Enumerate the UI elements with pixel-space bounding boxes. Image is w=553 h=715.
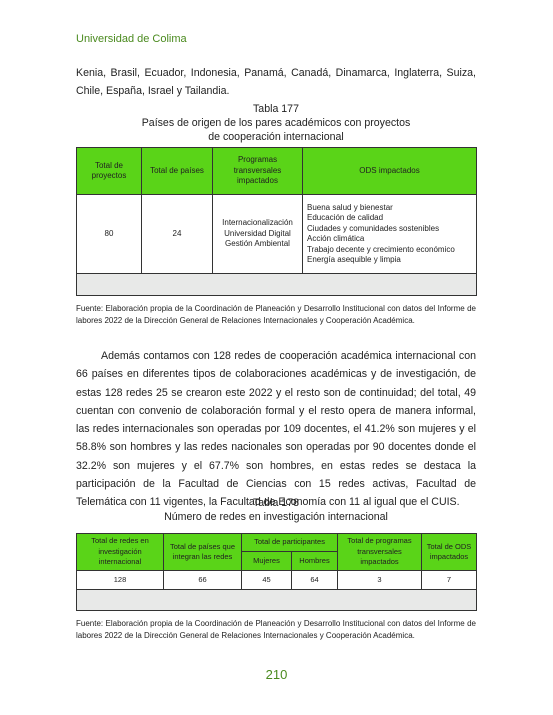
cell-ods: Buena salud y bienestar Educación de cal… [303, 195, 477, 274]
cell-redes: 128 [77, 571, 164, 590]
ods-item: Ciudades y comunidades sostenibles [307, 224, 474, 235]
table-177-title-line1: Países de origen de los pares académicos… [76, 116, 476, 130]
table-178-title: Número de redes en investigación interna… [76, 510, 476, 524]
intro-paragraph: Kenia, Brasil, Ecuador, Indonesia, Panam… [76, 64, 476, 101]
header-hombres: Hombres [292, 552, 338, 571]
table-178: Total de redes en investigación internac… [76, 533, 477, 611]
table-row: 128 66 45 64 3 7 [77, 571, 477, 590]
header-programas: Programas transversales impactados [213, 148, 303, 195]
cell-ods: 7 [422, 571, 477, 590]
header-total-redes: Total de redes en investigación internac… [77, 534, 164, 571]
header-ods: Total de ODS impactados [422, 534, 477, 571]
ods-item: Energía asequible y limpia [307, 255, 474, 266]
header-ods: ODS impactados [303, 148, 477, 195]
programa-item: Internacionalización [215, 218, 300, 229]
cell-hombres: 64 [292, 571, 338, 590]
cell-programas: 3 [338, 571, 422, 590]
running-header: Universidad de Colima [76, 33, 187, 45]
header-programas: Total de programas transversales impacta… [338, 534, 422, 571]
table-178-footer-row [77, 590, 477, 611]
header-participantes: Total de participantes [242, 534, 338, 552]
header-total-paises: Total de países [142, 148, 213, 195]
cell-mujeres: 45 [242, 571, 292, 590]
ods-item: Acción climática [307, 234, 474, 245]
programa-item: Gestión Ambiental [215, 239, 300, 250]
table-178-header-row-1: Total de redes en investigación internac… [77, 534, 477, 552]
table-177-number: Tabla 177 [76, 102, 476, 116]
header-total-proyectos: Total de proyectos [77, 148, 142, 195]
ods-item: Trabajo decente y crecimiento económico [307, 245, 474, 256]
table-177-gray-row [77, 274, 477, 296]
table-row: 80 24 Internacionalización Universidad D… [77, 195, 477, 274]
table-177-source: Fuente: Elaboración propia de la Coordin… [76, 303, 476, 326]
ods-item: Educación de calidad [307, 213, 474, 224]
programa-item: Universidad Digital [215, 229, 300, 240]
page-number: 210 [0, 667, 553, 682]
table-177-header-row: Total de proyectos Total de países Progr… [77, 148, 477, 195]
table-178-caption: Tabla 178 Número de redes en investigaci… [76, 496, 476, 524]
header-total-paises: Total de países que integran las redes [164, 534, 242, 571]
cell-paises: 66 [164, 571, 242, 590]
table-178-gray-row [77, 590, 477, 611]
table-177-caption: Tabla 177 Países de origen de los pares … [76, 102, 476, 144]
table-177-footer-row [77, 274, 477, 296]
body-paragraph: Además contamos con 128 redes de coopera… [76, 347, 476, 512]
cell-programas: Internacionalización Universidad Digital… [213, 195, 303, 274]
cell-total-proyectos: 80 [77, 195, 142, 274]
cell-total-paises: 24 [142, 195, 213, 274]
table-178-source: Fuente: Elaboración propia de la Coordin… [76, 618, 476, 641]
header-mujeres: Mujeres [242, 552, 292, 571]
table-177: Total de proyectos Total de países Progr… [76, 147, 477, 296]
ods-item: Buena salud y bienestar [307, 203, 474, 214]
table-177-title-line2: de cooperación internacional [76, 130, 476, 144]
table-178-number: Tabla 178 [76, 496, 476, 510]
